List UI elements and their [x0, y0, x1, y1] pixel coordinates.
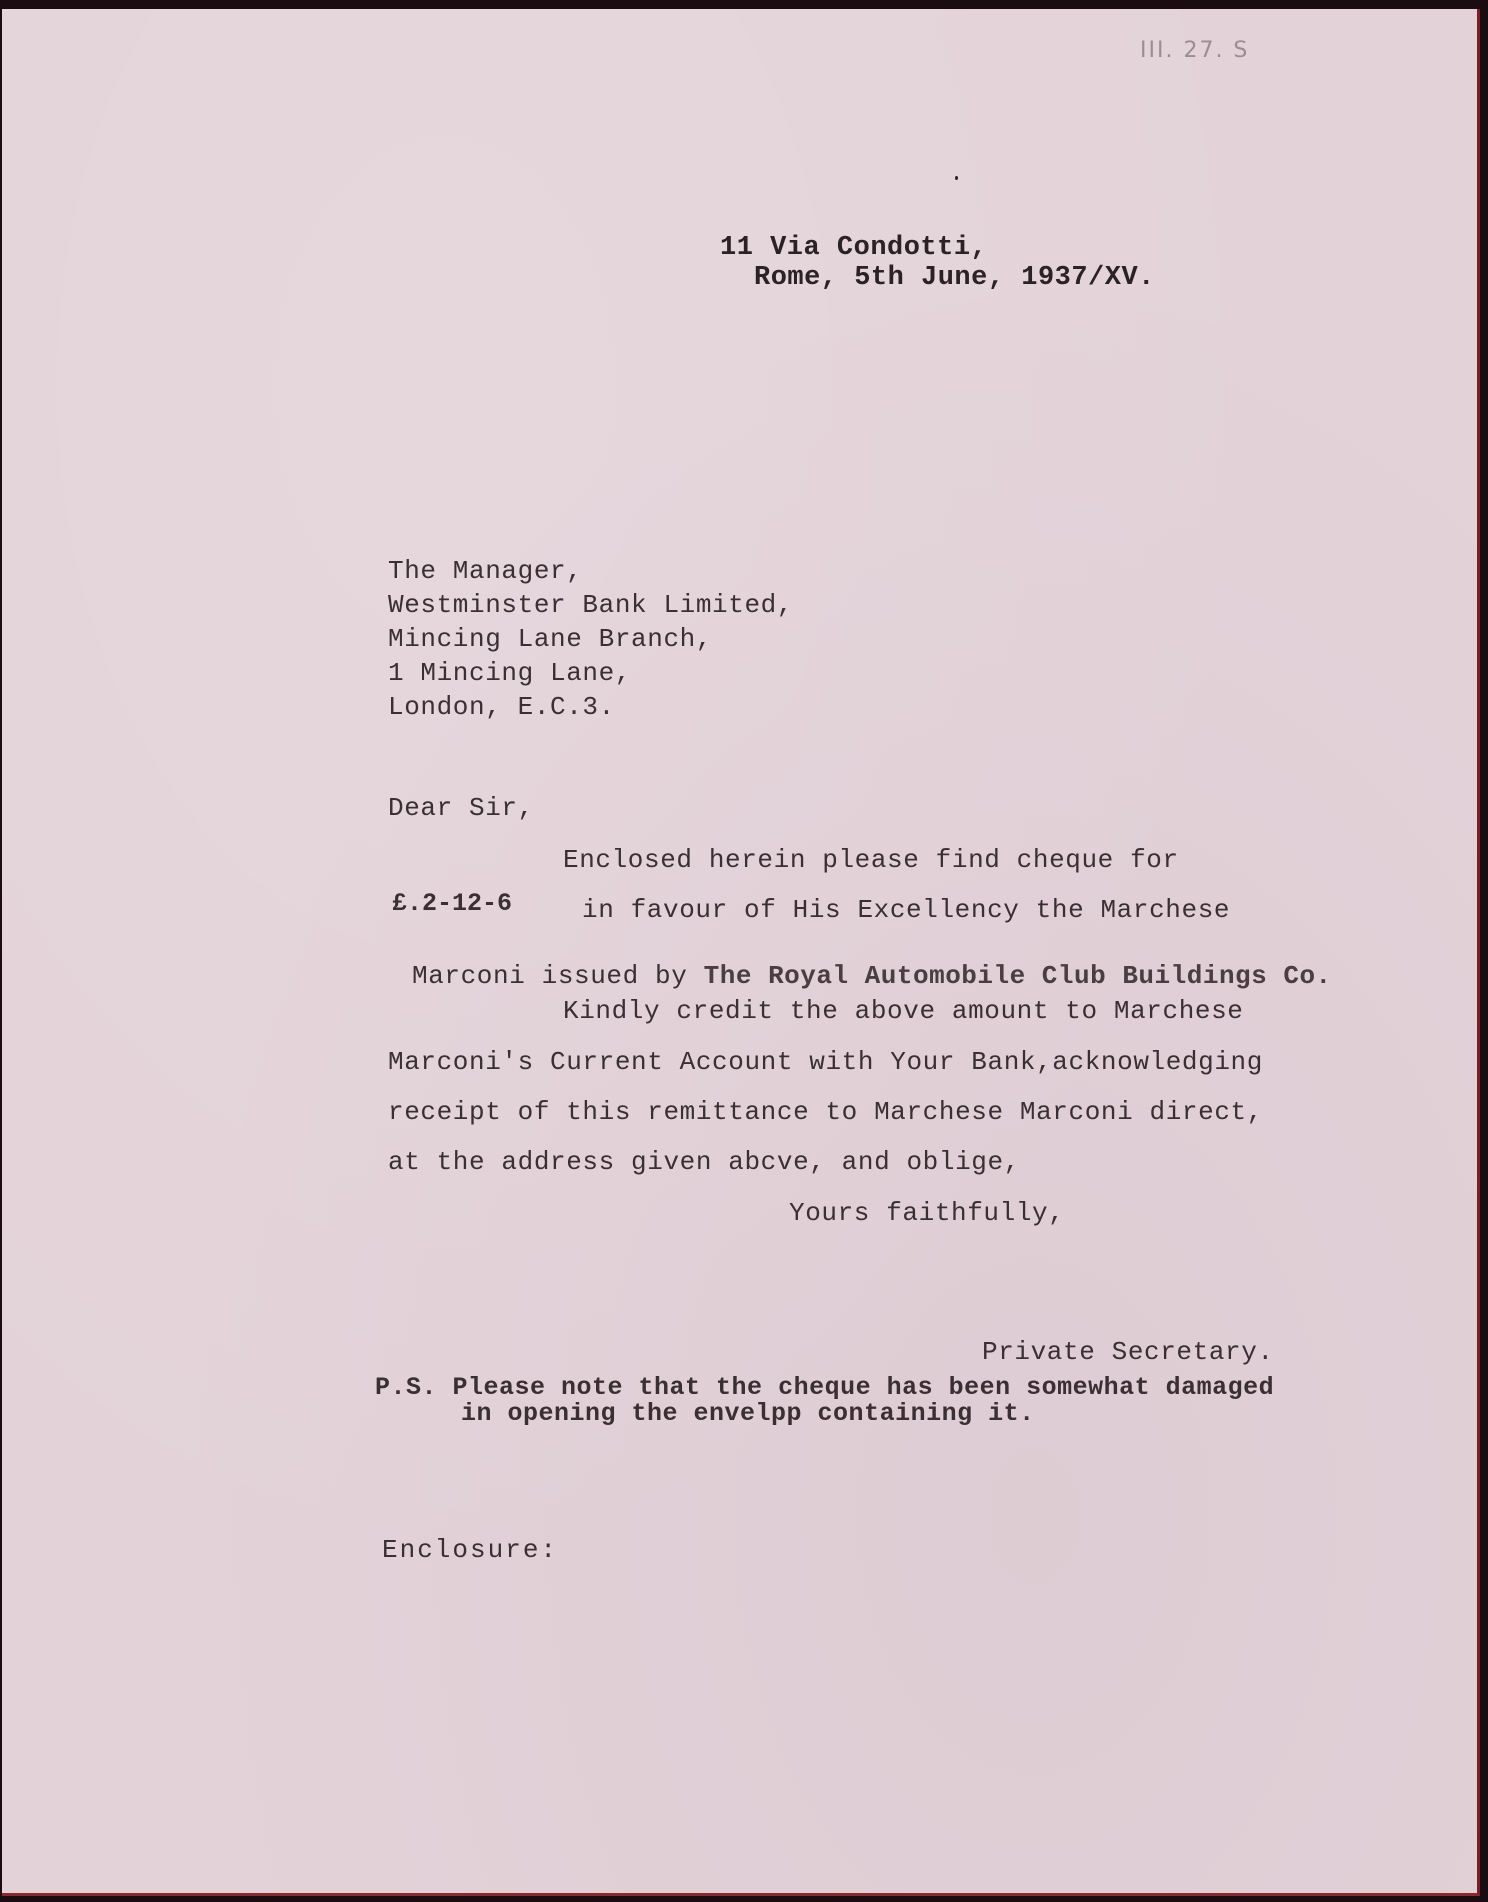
letter-page: III. 27. S 11 Via Condotti, Rome, 5th Ju…: [2, 9, 1480, 1896]
body-line: Kindly credit the above amount to Marche…: [563, 998, 1244, 1024]
body-line: in favour of His Excellency the Marchese: [582, 897, 1230, 923]
body-line: at the address given abcve, and oblige,: [388, 1149, 1020, 1175]
postscript-line-2: in opening the envelpp containing it.: [461, 1401, 1035, 1426]
postscript-line-1: P.S. Please note that the cheque has bee…: [375, 1375, 1274, 1400]
recipient-line: Mincing Lane Branch,: [388, 626, 712, 652]
recipient-line: London, E.C.3.: [388, 694, 615, 720]
cheque-amount: £.2-12-6: [392, 891, 512, 916]
signature-title: Private Secretary.: [982, 1339, 1274, 1365]
body-text: Marconi issued by: [412, 961, 704, 991]
body-line: receipt of this remittance to Marchese M…: [388, 1099, 1263, 1125]
enclosure-label: Enclosure:: [382, 1537, 558, 1563]
closing: Yours faithfully,: [789, 1200, 1064, 1226]
salutation: Dear Sir,: [388, 795, 534, 821]
recipient-line: The Manager,: [388, 558, 582, 584]
recipient-line: 1 Mincing Lane,: [388, 660, 631, 686]
cheque-issuer: The Royal Automobile Club Buildings Co.: [704, 961, 1332, 991]
sender-address-line-1: 11 Via Condotti,: [720, 235, 987, 262]
sender-date-line: Rome, 5th June, 1937/XV.: [754, 265, 1155, 292]
body-line: Enclosed herein please find cheque for: [563, 847, 1179, 873]
archive-mark: III. 27. S: [1140, 40, 1249, 62]
recipient-line: Westminster Bank Limited,: [388, 592, 793, 618]
ink-speck: [955, 176, 958, 180]
body-line: Marconi's Current Account with Your Bank…: [388, 1049, 1263, 1075]
